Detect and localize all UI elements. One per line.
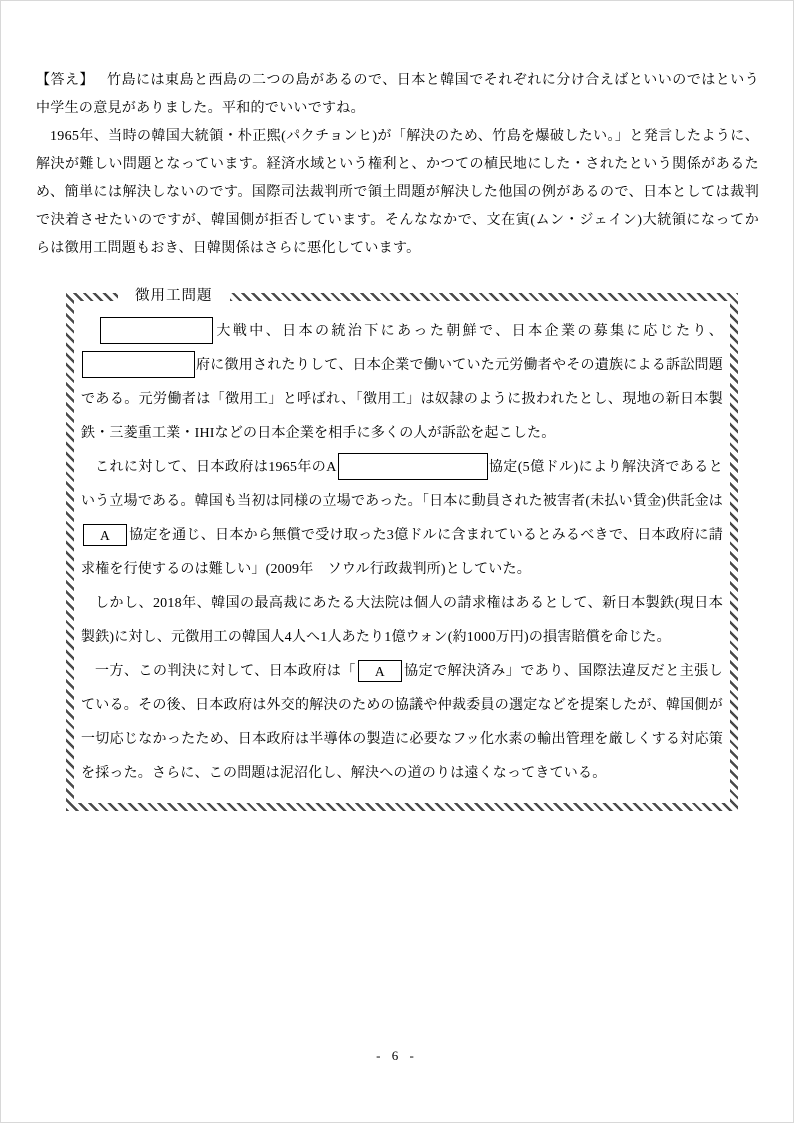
report-p4-text-1: 一方、この判決に対して、日本政府は「 (95, 664, 356, 679)
report-paragraph-2: これに対して、日本政府は1965年のA協定(5億ドル)により解決済であるという立… (81, 451, 723, 587)
explanation-paragraph: 1965年、当時の韓国大統領・朴正煕(パクチョンヒ)が「解決のため、竹島を爆破し… (36, 123, 759, 263)
answer-a-box-1: A (83, 524, 127, 546)
answer-blank-box-1 (100, 317, 213, 344)
report-p2-text-1: これに対して、日本政府は1965年のA (95, 460, 337, 475)
answer-a-box-2: A (358, 660, 402, 682)
answer-text: 竹島には東島と西島の二つの島があるので、日本と韓国でそれぞれに分け合えばといいの… (36, 73, 759, 116)
answer-label: 【答え】 (36, 73, 107, 88)
report-p2-text-3: 協定を通じ、日本から無償で受け取った3億ドルに含まれているとみるべきで、日本政府… (81, 528, 723, 577)
page-content: 【答え】竹島には東島と西島の二つの島があるので、日本と韓国でそれぞれに分け合えば… (1, 1, 793, 811)
report-paragraph-3: しかし、2018年、韓国の最高裁にあたる大法院は個人の請求権はあるとして、新日本… (81, 587, 723, 655)
report-p1-text-1: 大戦中、日本の統治下にあった朝鮮で、日本企業の募集に応じたり、 (214, 324, 723, 339)
report-paragraph-1: 大戦中、日本の統治下にあった朝鮮で、日本企業の募集に応じたり、府に徴用されたりし… (81, 315, 723, 451)
document-page: 【答え】竹島には東島と西島の二つの島があるので、日本と韓国でそれぞれに分け合えば… (0, 0, 794, 1123)
report-box-title: 徴用工問題 (118, 282, 230, 307)
answer-blank-box-2 (82, 351, 195, 378)
report-box: 徴用工問題 大戦中、日本の統治下にあった朝鮮で、日本企業の募集に応じたり、府に徴… (66, 293, 738, 811)
answer-paragraph: 【答え】竹島には東島と西島の二つの島があるので、日本と韓国でそれぞれに分け合えば… (36, 67, 759, 123)
report-p4-text-2: 協定で解決済み」であり、国際法違反だと主張している。その後、日本政府は外交的解決… (81, 664, 723, 781)
page-number: - 6 - (1, 1048, 793, 1064)
answer-blank-box-a (338, 453, 488, 480)
intro-section: 【答え】竹島には東島と西島の二つの島があるので、日本と韓国でそれぞれに分け合えば… (36, 67, 759, 263)
report-paragraph-4: 一方、この判決に対して、日本政府は「A協定で解決済み」であり、国際法違反だと主張… (81, 655, 723, 791)
